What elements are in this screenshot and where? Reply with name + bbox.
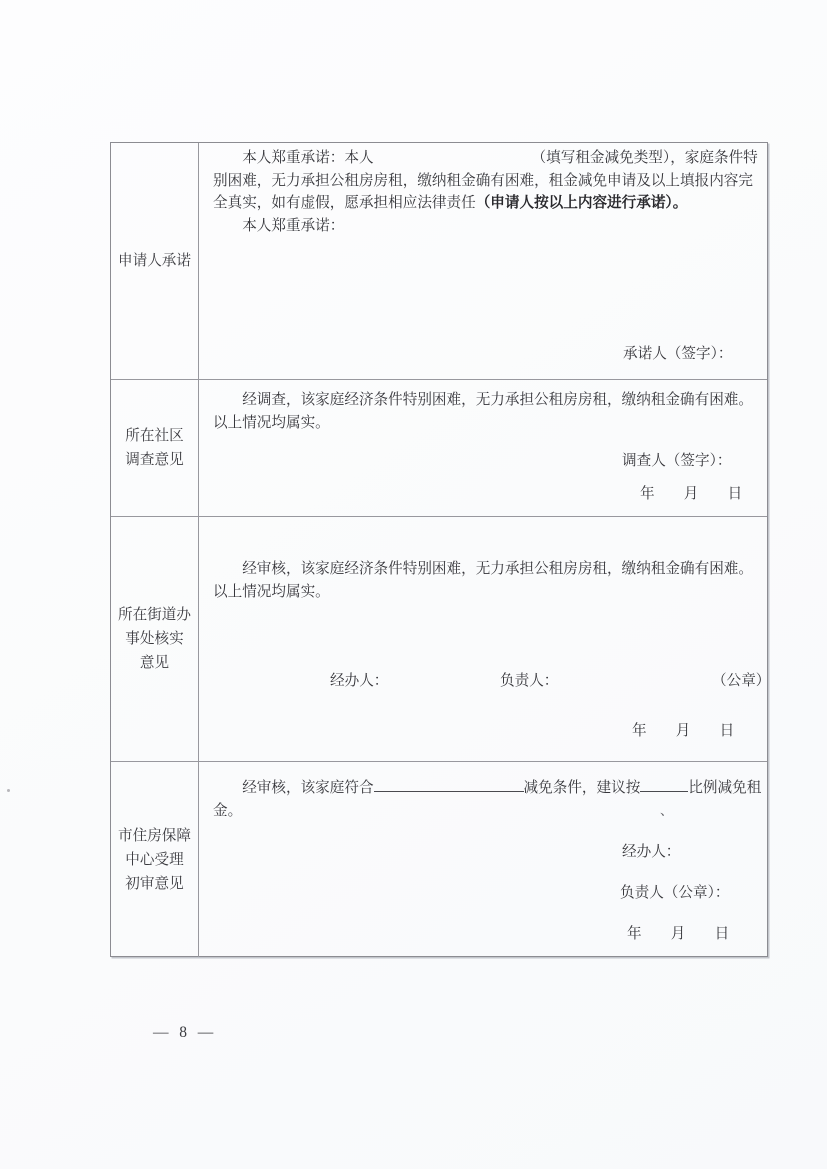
- commitment-line3-normal: 全真实，如有虚假，愿承担相应法律责任: [213, 195, 476, 211]
- cell-community-survey: 经调查，该家庭经济条件特别困难，无力承担公租房房租，缴纳租金确有困难。 以上情况…: [199, 380, 767, 516]
- table-row-street-office: 所在街道办 事处核实 意见 经审核，该家庭经济条件特别困难，无力承担公租房房租，…: [111, 516, 767, 761]
- table-row-applicant-commitment: 申请人承诺 本人郑重承诺：本人（填写租金减免类型），家庭条件特 别困难，无力承担…: [111, 143, 767, 379]
- street-seal-label: （公章）: [712, 670, 767, 693]
- scan-artifact-stray-mark: 、: [660, 800, 673, 823]
- scan-artifact-dot: [7, 789, 10, 792]
- street-supervisor-label: 负责人：: [500, 670, 558, 693]
- center-line1-a: 经审核，该家庭符合: [242, 780, 373, 796]
- street-date-line: 年 月 日: [632, 720, 734, 743]
- table-row-community-survey: 所在社区 调查意见 经调查，该家庭经济条件特别困难，无力承担公租房房租，缴纳租金…: [111, 379, 767, 516]
- row-label-street-office: 所在街道办 事处核实 意见: [111, 517, 199, 761]
- row-label-applicant-commitment: 申请人承诺: [111, 143, 199, 379]
- row-label-housing-center: 市住房保障 中心受理 初审意见: [111, 762, 199, 957]
- commitment-line1-tail: ，家庭条件特: [670, 150, 758, 166]
- center-line1-b: 减免条件，建议按: [524, 780, 641, 796]
- cell-housing-center: 经审核，该家庭符合减免条件，建议按比例减免租 金。 、 经办人： 负责人（公章）…: [199, 762, 767, 957]
- reduction-type-blank-field: [374, 147, 532, 162]
- center-line1-c: 比例减免租: [688, 780, 761, 796]
- commitment-text-line-4: 本人郑重承诺：: [213, 215, 767, 238]
- scanned-form-page: 申请人承诺 本人郑重承诺：本人（填写租金减免类型），家庭条件特 别困难，无力承担…: [0, 0, 827, 1169]
- commitment-text-line-2: 别困难，无力承担公租房房租，缴纳租金确有困难，租金减免申请及以上填报内容完: [213, 170, 767, 193]
- commitment-line1-prefix: 本人郑重承诺：本人: [242, 150, 373, 166]
- street-text-line-1: 经审核，该家庭经济条件特别困难，无力承担公租房房租，缴纳租金确有困难。: [213, 558, 767, 581]
- center-supervisor-seal-label: 负责人（公章）：: [620, 882, 729, 905]
- community-text-line-1: 经调查，该家庭经济条件特别困难，无力承担公租房房租，缴纳租金确有困难。: [213, 389, 767, 412]
- table-row-housing-center: 市住房保障 中心受理 初审意见 经审核，该家庭符合减免条件，建议按比例减免租 金…: [111, 761, 767, 957]
- cell-street-office: 经审核，该家庭经济条件特别困难，无力承担公租房房租，缴纳租金确有困难。 以上情况…: [199, 517, 767, 761]
- reduction-ratio-blank-field: [640, 777, 688, 792]
- center-handler-label: 经办人：: [622, 841, 680, 864]
- cell-applicant-commitment: 本人郑重承诺：本人（填写租金减免类型），家庭条件特 别困难，无力承担公租房房租，…: [199, 143, 767, 379]
- commitment-line1-hint: （填写租金减免类型）: [532, 150, 671, 166]
- center-date-line: 年 月 日: [627, 923, 729, 946]
- commitment-line3-bold-note: （申请人按以上内容进行承诺）。: [476, 195, 688, 211]
- center-text-line-1: 经审核，该家庭符合减免条件，建议按比例减免租: [213, 777, 767, 800]
- community-date-line: 年 月 日: [640, 483, 742, 506]
- promisor-signature-label: 承诺人（签字）：: [623, 343, 732, 366]
- commitment-text-line-1: 本人郑重承诺：本人（填写租金减免类型），家庭条件特: [213, 147, 767, 170]
- commitment-text-line-3: 全真实，如有虚假，愿承担相应法律责任（申请人按以上内容进行承诺）。: [213, 192, 767, 215]
- street-handler-label: 经办人：: [330, 670, 388, 693]
- investigator-signature-label: 调查人（签字）：: [622, 450, 731, 473]
- rent-reduction-approval-table: 申请人承诺 本人郑重承诺：本人（填写租金减免类型），家庭条件特 别困难，无力承担…: [110, 142, 768, 957]
- center-text-line-2: 金。: [213, 800, 767, 823]
- street-text-line-2: 以上情况均属实。: [213, 581, 767, 604]
- reduction-condition-blank-field: [374, 777, 524, 792]
- row-label-community-survey: 所在社区 调查意见: [111, 380, 199, 516]
- page-number: — 8 —: [153, 1024, 214, 1042]
- community-text-line-2: 以上情况均属实。: [213, 412, 767, 435]
